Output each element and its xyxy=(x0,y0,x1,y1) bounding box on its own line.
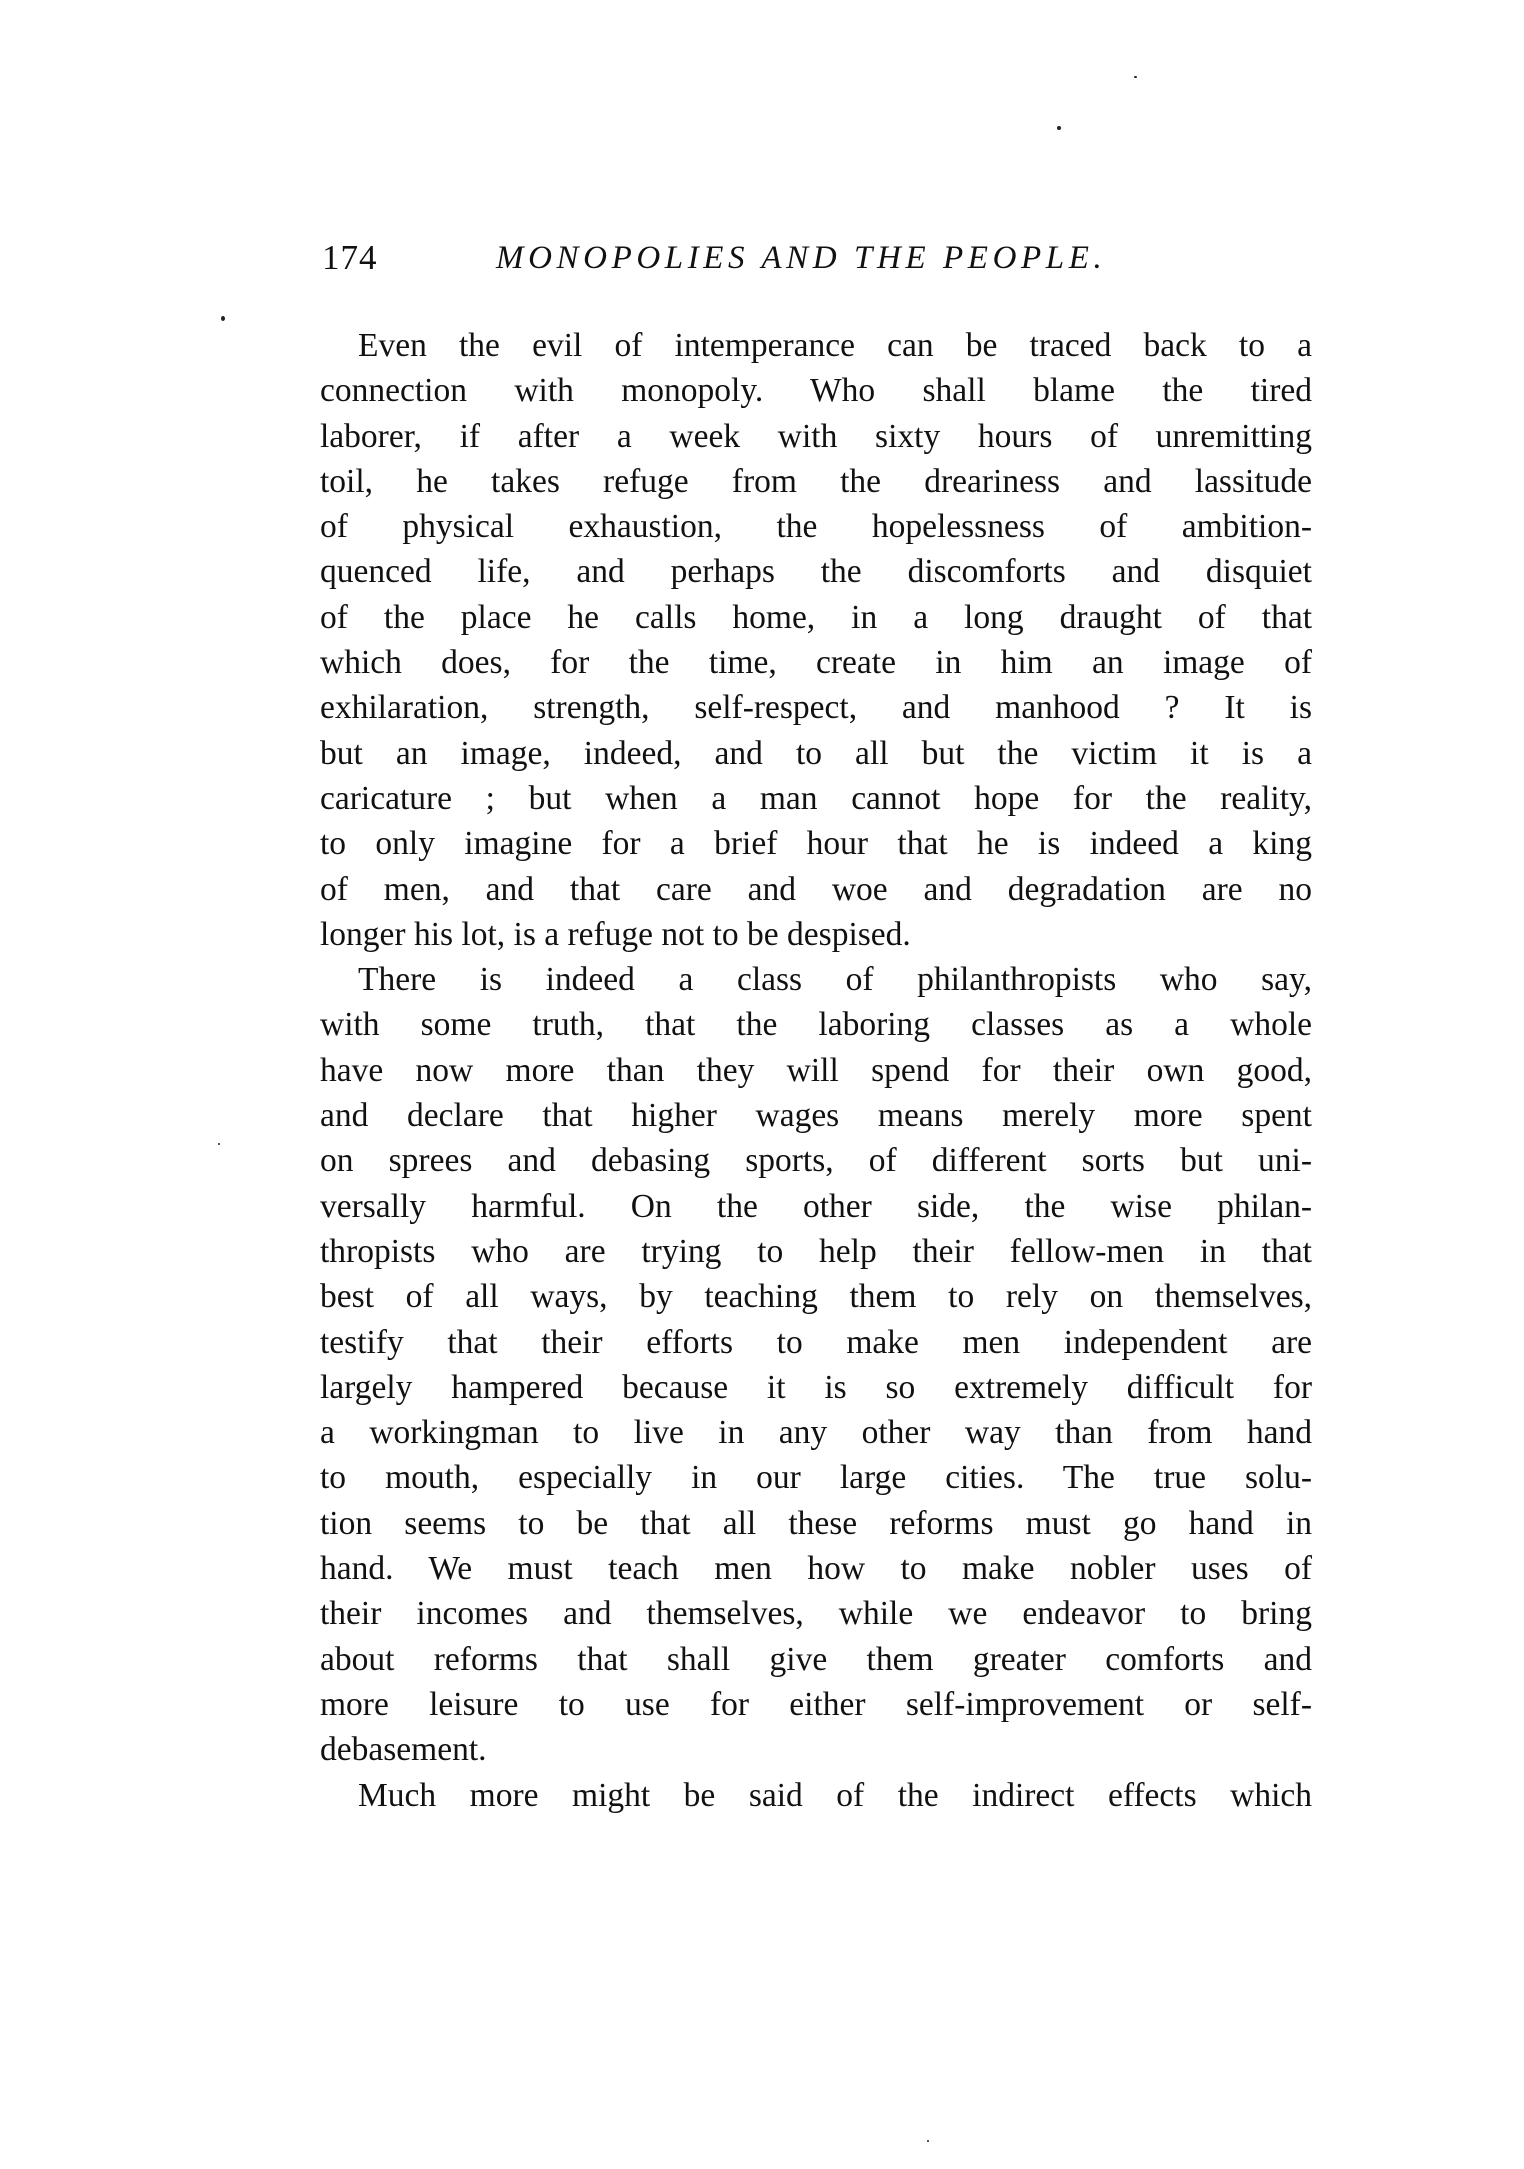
text-line: more leisure to use for either self-impr… xyxy=(320,1682,1312,1727)
text-line: longer his lot, is a refuge not to be de… xyxy=(320,912,1312,957)
text-line: with some truth, that the laboring class… xyxy=(320,1002,1312,1047)
text-line: on sprees and debasing sports, of differ… xyxy=(320,1138,1312,1183)
text-line: quenced life, and perhaps the discomfort… xyxy=(320,549,1312,594)
text-line: largely hampered because it is so extrem… xyxy=(320,1365,1312,1410)
text-line: caricature ; but when a man cannot hope … xyxy=(320,776,1312,821)
text-line: toil, he takes refuge from the drearines… xyxy=(320,459,1312,504)
text-line: of men, and that care and woe and degrad… xyxy=(320,867,1312,912)
paragraph: There is indeed a class of philanthropis… xyxy=(320,957,1312,1772)
scan-speck xyxy=(927,2140,929,2142)
page-number: 174 xyxy=(322,236,378,280)
text-line: best of all ways, by teaching them to re… xyxy=(320,1274,1312,1319)
scan-speck xyxy=(218,1143,220,1145)
text-line: testify that their efforts to make men i… xyxy=(320,1320,1312,1365)
text-line: versally harmful. On the other side, the… xyxy=(320,1184,1312,1229)
running-head: 174 MONOPOLIES AND THE PEOPLE. xyxy=(322,236,1312,280)
text-line: Much more might be said of the indirect … xyxy=(320,1773,1312,1818)
text-line: There is indeed a class of philanthropis… xyxy=(320,957,1312,1002)
paragraph: Much more might be said of the indirect … xyxy=(320,1773,1312,1818)
scan-speck xyxy=(1134,76,1137,78)
text-line: to mouth, especially in our large cities… xyxy=(320,1455,1312,1500)
scan-speck xyxy=(221,316,225,321)
text-line: have now more than they will spend for t… xyxy=(320,1048,1312,1093)
text-line: of the place he calls home, in a long dr… xyxy=(320,595,1312,640)
text-line: to only imagine for a brief hour that he… xyxy=(320,821,1312,866)
text-line: a workingman to live in any other way th… xyxy=(320,1410,1312,1455)
text-line: exhilaration, strength, self-respect, an… xyxy=(320,685,1312,730)
text-line: about reforms that shall give them great… xyxy=(320,1637,1312,1682)
text-line: thropists who are trying to help their f… xyxy=(320,1229,1312,1274)
text-line: and declare that higher wages means mere… xyxy=(320,1093,1312,1138)
text-line: debasement. xyxy=(320,1727,1312,1772)
text-line: laborer, if after a week with sixty hour… xyxy=(320,414,1312,459)
book-page: 174 MONOPOLIES AND THE PEOPLE. Even the … xyxy=(0,0,1524,2169)
text-line: of physical exhaustion, the hopelessness… xyxy=(320,504,1312,549)
text-line: Even the evil of intemperance can be tra… xyxy=(320,323,1312,368)
running-title: MONOPOLIES AND THE PEOPLE. xyxy=(496,236,1106,280)
text-line: their incomes and themselves, while we e… xyxy=(320,1591,1312,1636)
scan-speck xyxy=(1057,126,1061,130)
text-line: tion seems to be that all these reforms … xyxy=(320,1501,1312,1546)
body-text: Even the evil of intemperance can be tra… xyxy=(320,323,1312,1818)
paragraph: Even the evil of intemperance can be tra… xyxy=(320,323,1312,957)
text-line: which does, for the time, create in him … xyxy=(320,640,1312,685)
text-line: connection with monopoly. Who shall blam… xyxy=(320,368,1312,413)
text-line: hand. We must teach men how to make nobl… xyxy=(320,1546,1312,1591)
text-line: but an image, indeed, and to all but the… xyxy=(320,731,1312,776)
